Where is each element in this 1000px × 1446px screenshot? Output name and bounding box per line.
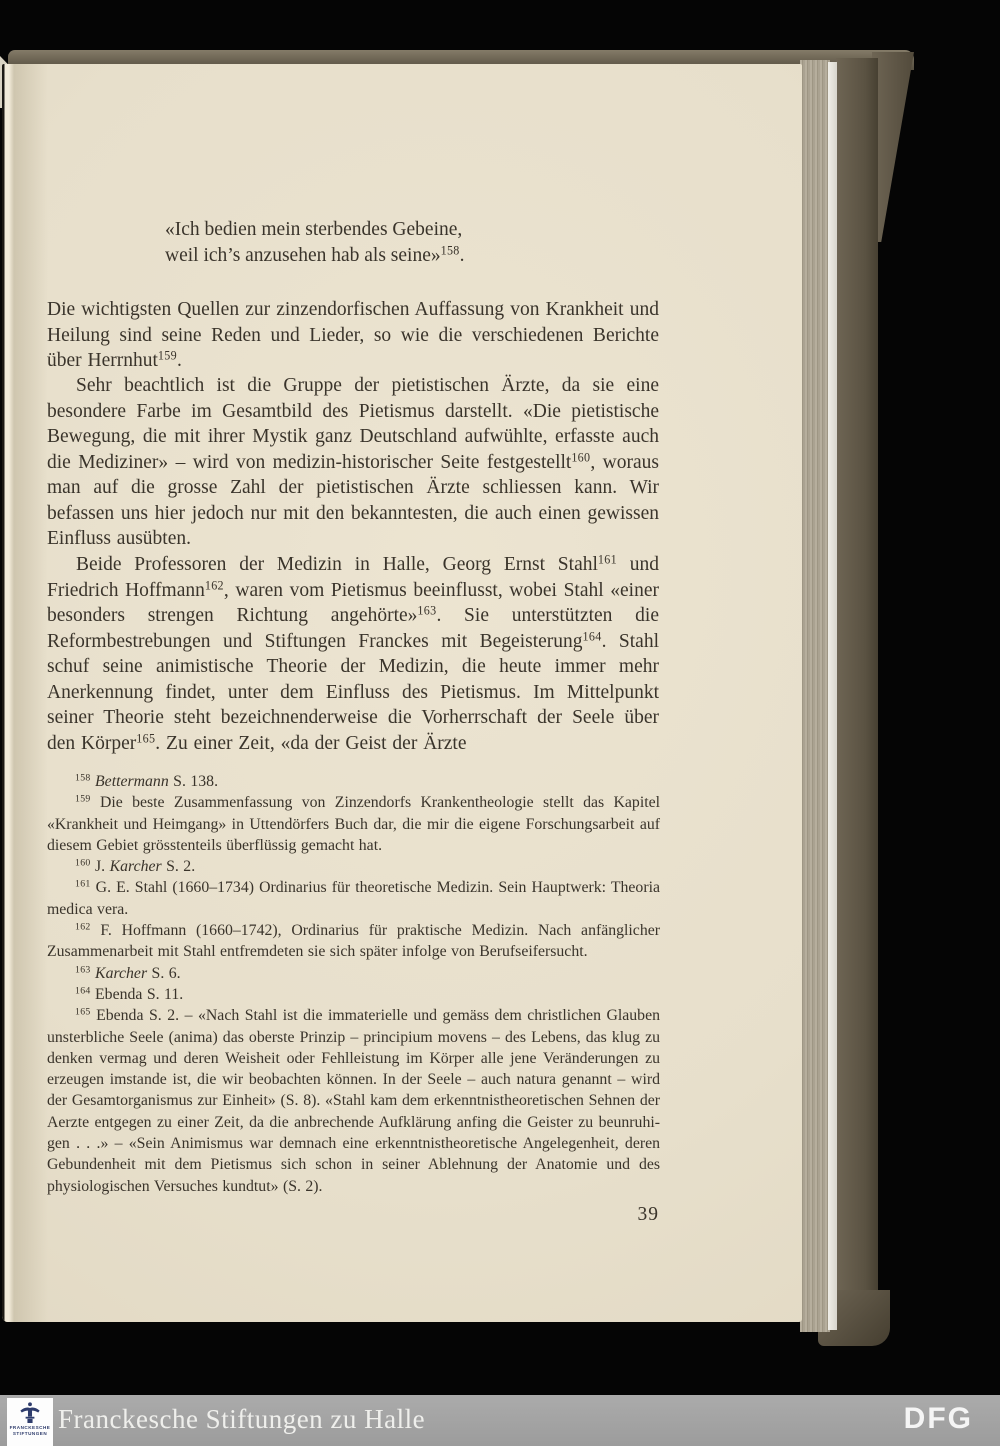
epigraph-line-2: weil ich’s anzusehen hab als seine»158. bbox=[165, 243, 585, 269]
book-cover-corner bbox=[872, 52, 914, 242]
logo-caption: FRANCKESCHE STIFTUNGEN bbox=[10, 1425, 51, 1437]
footnote-158: 158 Bettermann S. 138. bbox=[47, 771, 660, 792]
footnote-161: 161 G. E. Stahl (1660–1734) Ordinarius f… bbox=[47, 877, 660, 920]
footnote-164: 164 Ebenda S. 11. bbox=[47, 984, 660, 1005]
footnotes-block: 158 Bettermann S. 138. 159 Die beste Zus… bbox=[47, 771, 660, 1197]
footer-title: Franckesche Stiftungen zu Halle bbox=[58, 1404, 425, 1435]
book-cover-right-edge bbox=[836, 58, 878, 1343]
epigraph-line-1: «Ich bedien mein sterbendes Gebeine, bbox=[165, 217, 585, 243]
dfg-logo: DFG bbox=[904, 1402, 973, 1436]
footer-bar: FRANCKESCHE STIFTUNGEN Franckesche Stift… bbox=[0, 1395, 1000, 1446]
footnote-160: 160 J. Karcher S. 2. bbox=[47, 856, 660, 877]
franckesche-logo: FRANCKESCHE STIFTUNGEN bbox=[7, 1398, 53, 1446]
paragraph-1: Die wichtigsten Quellen zur zinzendorfis… bbox=[47, 297, 659, 374]
footnote-163: 163 Karcher S. 6. bbox=[47, 963, 660, 984]
book-page: «Ich bedien mein sterbendes Gebeine, wei… bbox=[2, 64, 802, 1322]
footnote-162: 162 F. Hoffmann (1660–1742), Ordinarius … bbox=[47, 920, 660, 963]
footnote-165: 165 Ebenda S. 2. – «Nach Stahl ist die i… bbox=[47, 1005, 660, 1197]
epigraph: «Ich bedien mein sterbendes Gebeine, wei… bbox=[165, 217, 585, 269]
scanned-book-photo: «Ich bedien mein sterbendes Gebeine, wei… bbox=[0, 0, 1000, 1446]
paragraph-2: Sehr beachtlich ist die Gruppe der pieti… bbox=[47, 373, 659, 552]
page-stack-fore-edge bbox=[800, 60, 830, 1332]
footnote-159: 159 Die beste Zusammenfassung von Zinzen… bbox=[47, 792, 660, 856]
logo-caption-line-2: STIFTUNGEN bbox=[10, 1431, 51, 1437]
page-stack-highlight bbox=[828, 62, 837, 1330]
paragraph-3: Beide Professoren der Medizin in Halle, … bbox=[47, 552, 659, 756]
franckesche-logo-icon bbox=[19, 1401, 41, 1423]
binding-gutter-shadow bbox=[2, 64, 48, 1322]
page-number: 39 bbox=[47, 1204, 659, 1226]
